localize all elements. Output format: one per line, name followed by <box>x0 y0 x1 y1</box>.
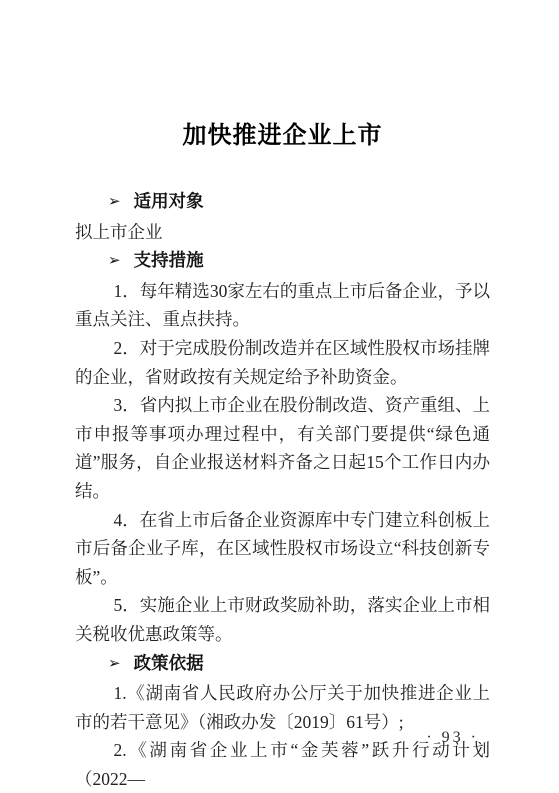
section-heading-support-measures: ➢支持措施 <box>75 246 490 277</box>
page-content: 加快推进企业上市 ➢适用对象 拟上市企业 ➢支持措施 1．每年精选30家左右的重… <box>75 118 490 793</box>
section-heading-policy-basis: ➢政策依据 <box>75 649 490 680</box>
paragraph-measure-1: 1．每年精选30家左右的重点上市后备企业，予以重点关注、重点扶持。 <box>75 277 490 334</box>
body-text-target-companies: 拟上市企业 <box>75 218 490 247</box>
paragraph-policy-1: 1.《湖南省人民政府办公厅关于加快推进企业上市的若干意见》（湘政办发〔2019〕… <box>75 679 490 736</box>
arrow-bullet-icon: ➢ <box>108 247 121 276</box>
section-heading-label: 政策依据 <box>134 653 204 673</box>
section-heading-applicable-targets: ➢适用对象 <box>75 187 490 218</box>
section-heading-label: 支持措施 <box>134 250 204 270</box>
page-title: 加快推进企业上市 <box>75 118 490 154</box>
paragraph-measure-5: 5．实施企业上市财政奖励补助，落实企业上市相关税收优惠政策等。 <box>75 591 490 648</box>
paragraph-measure-4: 4．在省上市后备企业资源库中专门建立科创板上市后备企业子库，在区域性股权市场设立… <box>75 506 490 592</box>
document-page: 加快推进企业上市 ➢适用对象 拟上市企业 ➢支持措施 1．每年精选30家左右的重… <box>0 0 559 793</box>
paragraph-measure-3: 3．省内拟上市企业在股份制改造、资产重组、上市申报等事项办理过程中，有关部门要提… <box>75 391 490 505</box>
section-heading-label: 适用对象 <box>134 191 204 211</box>
arrow-bullet-icon: ➢ <box>108 650 121 679</box>
page-number: · 93 · <box>426 729 479 747</box>
arrow-bullet-icon: ➢ <box>108 188 121 217</box>
paragraph-measure-2: 2．对于完成股份制改造并在区域性股权市场挂牌的企业，省财政按有关规定给予补助资金… <box>75 334 490 391</box>
